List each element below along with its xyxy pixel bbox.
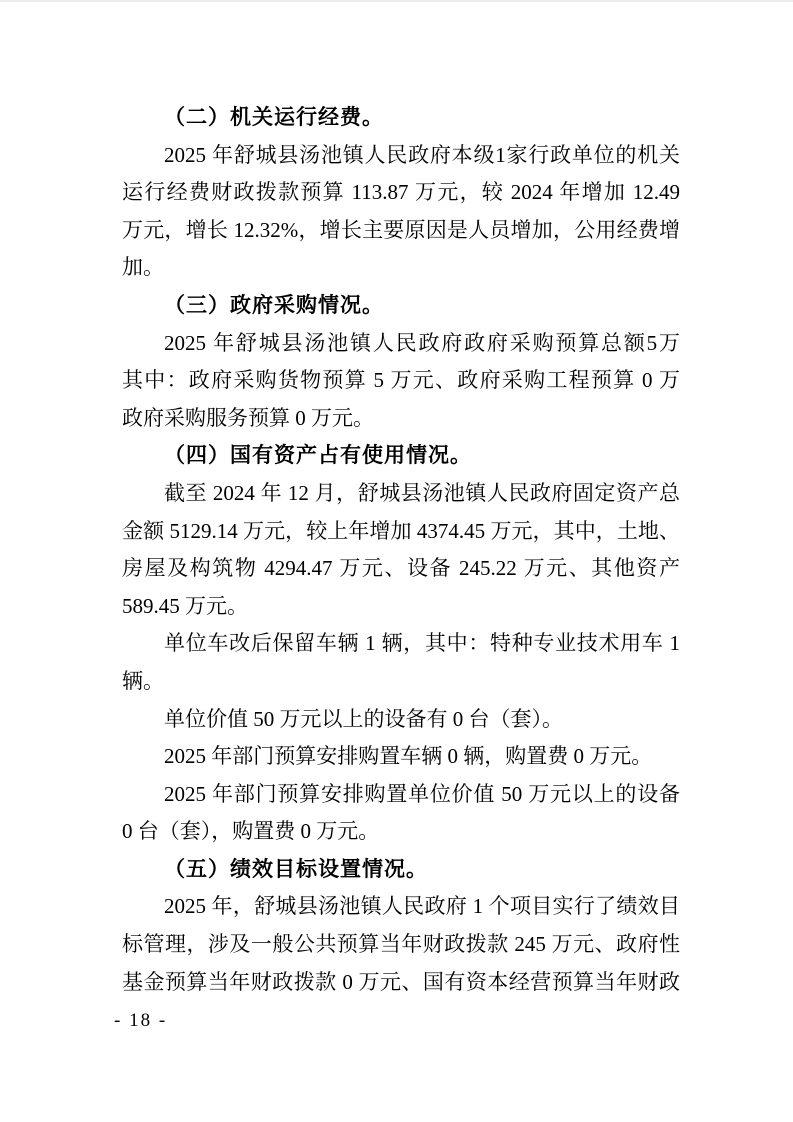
body-text-line: 加。 — [122, 249, 680, 287]
body-text-line: 0 台（套），购置费 0 万元。 — [122, 813, 680, 851]
body-text-line: 其中：政府采购货物预算 5 万元、政府采购工程预算 0 万元、 — [122, 362, 680, 400]
body-text-line: 589.45 万元。 — [122, 588, 680, 626]
body-text-line: 辆。 — [122, 663, 680, 701]
body-text-line: 金额 5129.14 万元，较上年增加 4374.45 万元，其中，土地、 — [122, 513, 680, 551]
body-text-line: 万元，增长 12.32%，增长主要原因是人员增加，公用经费增 — [122, 212, 680, 250]
body-text-line: 2025 年部门预算安排购置单位价值 50 万元以上的设备 — [122, 776, 680, 814]
body-text-line: 2025 年舒城县汤池镇人民政府本级1家行政单位的机关 — [122, 137, 680, 175]
section-heading-state-owned-assets: （四）国有资产占有使用情况。 — [122, 437, 680, 475]
section-heading-performance-targets: （五）绩效目标设置情况。 — [122, 851, 680, 889]
body-text-line: 房屋及构筑物 4294.47 万元、设备 245.22 万元、其他资产 — [122, 550, 680, 588]
body-text-line: 单位价值 50 万元以上的设备有 0 台（套）。 — [122, 701, 680, 739]
section-heading-government-procurement: （三）政府采购情况。 — [122, 287, 680, 325]
body-text-line: 2025 年舒城县汤池镇人民政府政府采购预算总额5万元， — [122, 325, 680, 363]
body-text-line: 2025 年部门预算安排购置车辆 0 辆，购置费 0 万元。 — [122, 738, 680, 776]
document-page: （二）机关运行经费。 2025 年舒城县汤池镇人民政府本级1家行政单位的机关 运… — [0, 0, 793, 1122]
body-text-line: 政府采购服务预算 0 万元。 — [122, 400, 680, 438]
body-text-line: 2025 年，舒城县汤池镇人民政府 1 个项目实行了绩效目 — [122, 888, 680, 926]
section-heading-organ-operating-funds: （二）机关运行经费。 — [122, 99, 680, 137]
body-text-line: 运行经费财政拨款预算 113.87 万元，较 2024 年增加 12.49 — [122, 174, 680, 212]
body-text-line: 单位车改后保留车辆 1 辆，其中：特种专业技术用车 1 — [122, 625, 680, 663]
document-body: （二）机关运行经费。 2025 年舒城县汤池镇人民政府本级1家行政单位的机关 运… — [122, 99, 680, 1001]
body-text-line: 标管理，涉及一般公共预算当年财政拨款 245 万元、政府性 — [122, 926, 680, 964]
page-number: - 18 - — [114, 1008, 167, 1034]
body-text-line: 基金预算当年财政拨款 0 万元、国有资本经营预算当年财政 — [122, 964, 680, 1002]
body-text-line: 截至 2024 年 12 月，舒城县汤池镇人民政府固定资产总 — [122, 475, 680, 513]
